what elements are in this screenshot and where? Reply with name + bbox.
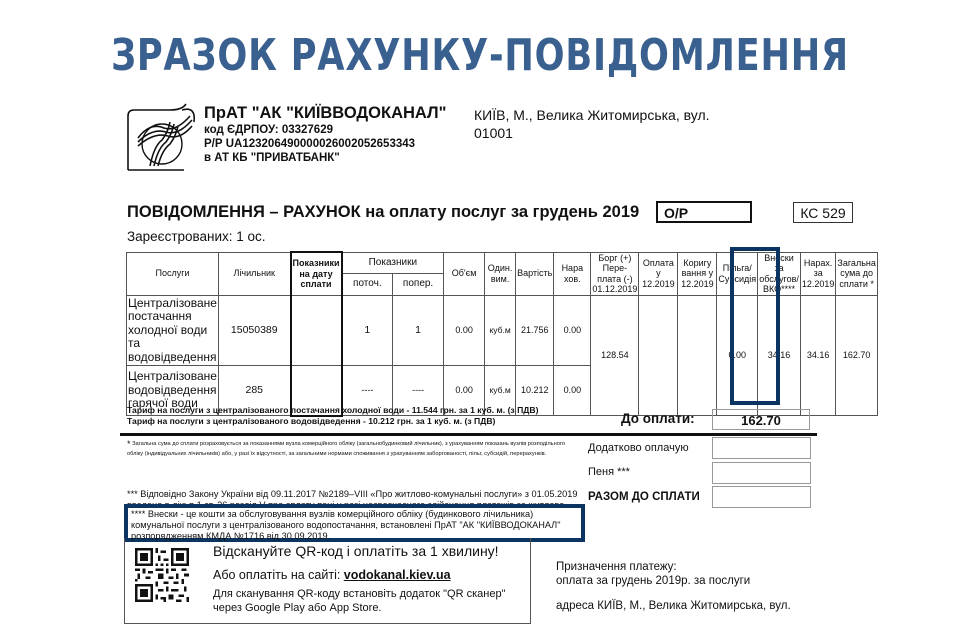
- address-line-1: КИЇВ, М., Велика Житомирська, вул.: [474, 106, 710, 124]
- header-correction: Коригу вання у 12.2019: [678, 252, 717, 295]
- merged-total: 162.70: [836, 295, 877, 416]
- amount-due-label: До оплати:: [621, 411, 695, 426]
- payment-purpose-text: оплата за грудень 2019р. за послуги: [556, 574, 750, 588]
- company-logo-icon: [124, 102, 196, 174]
- header-cost: Вартість: [516, 252, 554, 295]
- penalty-label: Пеня ***: [588, 466, 630, 478]
- additional-payment-input[interactable]: [712, 437, 811, 459]
- header-current: поточ.: [342, 274, 393, 296]
- footnote-total-text: Загальна сума до сплати розраховується з…: [127, 441, 565, 457]
- header-meter: Лічильник: [219, 252, 291, 295]
- tariffs: Тариф на послуги з централізованого пост…: [127, 405, 538, 427]
- divider: [120, 433, 817, 436]
- header-total: Загальна сума до сплати *: [836, 252, 877, 295]
- total-to-pay-label: РАЗОМ ДО СПЛАТИ: [588, 491, 700, 503]
- header-paid: Оплата у 12.2019: [639, 252, 678, 295]
- row-current: 1: [342, 295, 393, 366]
- qr-help-line-1: Для сканування QR-коду встановіть додато…: [213, 587, 505, 601]
- header-accrued: Нара хов.: [554, 252, 591, 295]
- code-box: КС 529: [793, 202, 853, 223]
- tariff-drainage: Тариф на послуги з централізованого водо…: [127, 416, 538, 427]
- row-service: Централізоване постачання холодної води …: [127, 295, 219, 366]
- header-previous: попер.: [393, 274, 444, 296]
- merged-charged: 34.16: [800, 295, 836, 416]
- penalty-input[interactable]: [712, 462, 811, 484]
- address-line-2: 01001: [474, 124, 710, 142]
- payment-site-link[interactable]: vodokanal.kiev.ua: [344, 568, 451, 582]
- row-accrued: 0.00: [554, 366, 591, 416]
- banner-title: ЗРАЗОК РАХУНКУ-ПОВІДОМЛЕННЯ: [96, 30, 864, 81]
- total-to-pay-input[interactable]: [712, 486, 811, 508]
- header-readings-on-payment: Показники на дату сплати: [291, 252, 342, 295]
- payment-purpose: Призначення платежу: оплата за грудень 2…: [556, 560, 750, 588]
- footnote-star: *: [127, 439, 131, 449]
- row-meter: 15050389: [219, 295, 291, 366]
- row-accrued: 0.00: [554, 295, 591, 366]
- footnote-maintenance-fee: **** Внески - це кошти за обслуговування…: [124, 504, 585, 542]
- amount-due-value: 162.70: [712, 409, 810, 430]
- header-unit: Один. вим.: [485, 252, 516, 295]
- customer-address: КИЇВ, М., Велика Житомирська, вул. 01001: [474, 106, 710, 142]
- registered-persons: Зареєстрованих: 1 ос.: [127, 229, 266, 244]
- company-account: Р/Р UA123206490000026002052653343: [204, 137, 446, 151]
- qr-help: Для сканування QR-коду встановіть додато…: [213, 587, 505, 615]
- header-volume: Об'єм: [444, 252, 485, 295]
- additional-payment-label: Додатково оплачую: [588, 442, 689, 454]
- company-details: ПрАТ "АК "КИЇВВОДОКАНАЛ" код ЄДРПОУ: 033…: [204, 104, 446, 165]
- company-bank: в АТ КБ "ПРИВАТБАНК": [204, 151, 446, 165]
- maintenance-fee-highlight: [730, 247, 780, 405]
- document-title: ПОВІДОМЛЕННЯ – РАХУНОК на оплату послуг …: [127, 203, 639, 222]
- merged-paid: [639, 295, 678, 416]
- account-field: О/Р: [656, 201, 752, 223]
- header-readings: Показники: [342, 252, 444, 274]
- header-debt: Борг (+) Пере-плата (-) 01.12.2019: [591, 252, 639, 295]
- qr-panel: Відскануйте QR-код і оплатіть за 1 хвили…: [124, 538, 531, 624]
- qr-site: Або оплатіть на сайті: vodokanal.kiev.ua: [213, 568, 451, 582]
- payment-purpose-label: Призначення платежу:: [556, 560, 750, 574]
- qr-code-icon[interactable]: [135, 546, 189, 604]
- company-name: ПрАТ "АК "КИЇВВОДОКАНАЛ": [204, 104, 446, 123]
- tariff-cold-water: Тариф на послуги з централізованого пост…: [127, 405, 538, 416]
- row-previous: 1: [393, 295, 444, 366]
- merged-correction: [678, 295, 717, 416]
- header-charged: Нарах. за 12.2019: [800, 252, 836, 295]
- qr-help-line-2: через Google Play або App Store.: [213, 601, 505, 615]
- footnote-total: * Загальна сума до сплати розраховується…: [127, 439, 579, 459]
- qr-site-prefix: Або оплатіть на сайті:: [213, 568, 344, 582]
- row-unit: куб.м: [485, 295, 516, 366]
- payment-purpose-address: адреса КИЇВ, М., Велика Житомирська, вул…: [556, 600, 791, 612]
- company-edrpou: код ЄДРПОУ: 03327629: [204, 123, 446, 137]
- header-service: Послуги: [127, 252, 219, 295]
- row-volume: 0.00: [444, 295, 485, 366]
- qr-title: Відскануйте QR-код і оплатіть за 1 хвили…: [213, 543, 499, 559]
- row-readings-on-payment[interactable]: [291, 295, 342, 366]
- merged-debt: 128.54: [591, 295, 639, 416]
- row-cost: 21.756: [516, 295, 554, 366]
